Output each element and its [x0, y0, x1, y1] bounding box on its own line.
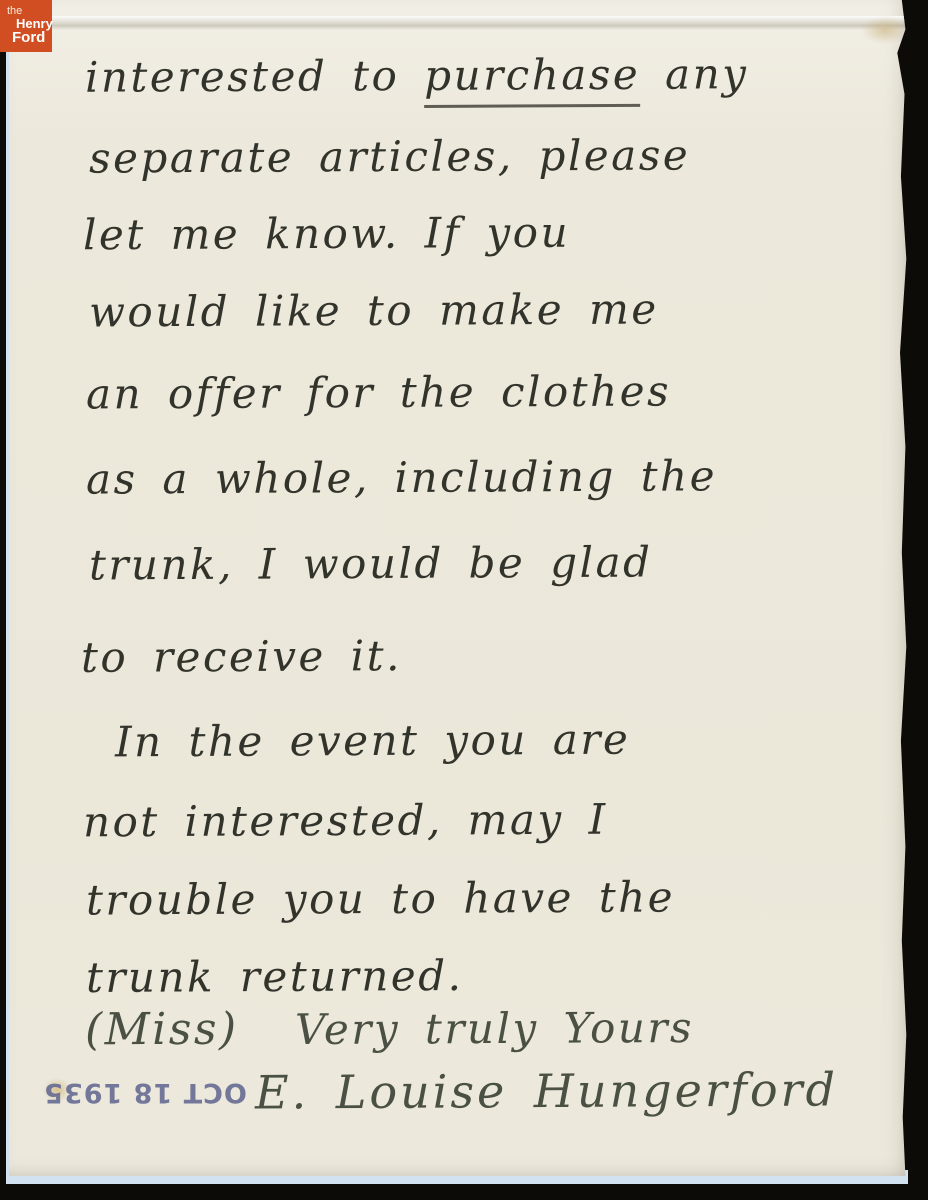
valediction: Very truly Yours	[295, 1007, 694, 1051]
handwritten-line-11: trouble you to have the	[86, 876, 675, 921]
letter-photo: interested to purchase any separate arti…	[0, 0, 928, 1200]
line-text: any	[640, 49, 748, 99]
henry-ford-logo: the Henry Ford	[0, 0, 52, 52]
miss-title: (Miss)	[85, 1008, 239, 1053]
handwritten-line-10: not interested, may I	[83, 799, 608, 844]
handwritten-line-9: In the event you are	[115, 719, 630, 764]
line-text: interested to	[85, 51, 424, 102]
handwritten-line-1: interested to purchase any	[85, 53, 749, 98]
letter-paper: interested to purchase any separate arti…	[9, 0, 909, 1176]
handwritten-line-6: as a whole, including the	[86, 455, 717, 500]
signature: E. Louise Hungerford	[255, 1066, 838, 1115]
handwritten-line-7: trunk, I would be glad	[89, 542, 653, 587]
logo-ford: Ford	[12, 30, 45, 45]
handwritten-line-5: an offer for the clothes	[86, 370, 671, 415]
underlined-word: purchase	[424, 50, 640, 108]
handwritten-line-8: to receive it.	[81, 635, 402, 679]
handwritten-line-12: trunk returned.	[86, 955, 464, 999]
fold-crease	[9, 16, 909, 30]
handwritten-line-4: would like to make me	[89, 289, 659, 334]
received-date-stamp: OCT 18 1935	[35, 1072, 255, 1108]
handwritten-line-3: let me know. If you	[83, 212, 570, 257]
stain-top-right	[861, 16, 909, 44]
handwritten-line-2: separate articles, please	[89, 134, 690, 179]
